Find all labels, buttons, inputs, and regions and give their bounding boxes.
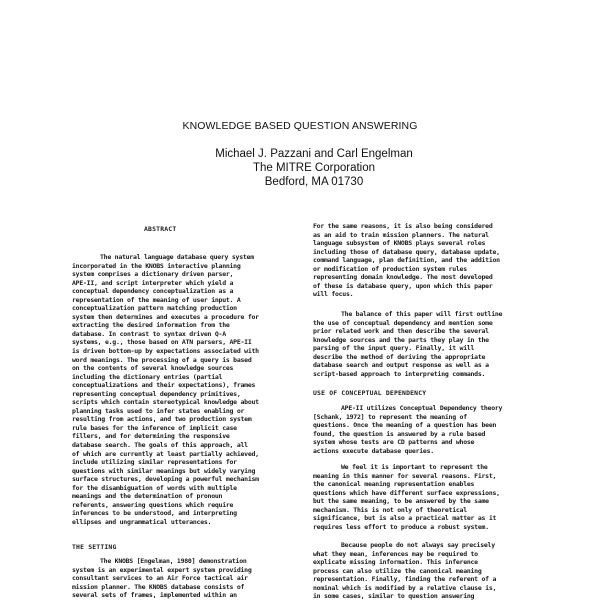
text-line: in some cases, similar to question answe…: [313, 592, 555, 600]
text-line: database search and output response as w…: [313, 361, 555, 370]
text-line: consultant services to an Air Force tact…: [72, 574, 314, 583]
text-line: the use of conceptual dependency and men…: [313, 319, 555, 328]
paper-title: KNOWLEDGE BASED QUESTION ANSWERING: [0, 120, 600, 132]
text-line: database search. The goals of this appro…: [72, 441, 314, 450]
text-line: representation of the meaning of user in…: [72, 296, 314, 305]
text-line: ellipses and ungrammatical utterances.: [72, 518, 314, 527]
text-line: We feel it is important to represent the: [313, 463, 555, 472]
text-line: system is an experimental expert system …: [72, 566, 314, 575]
text-line: For the same reasons, it is also being c…: [313, 222, 555, 231]
text-line: referents, answering questions which req…: [72, 501, 314, 510]
text-line: rule bases for the inference of implicit…: [72, 424, 314, 433]
text-line: database. In contrast to syntax driven Q…: [72, 330, 314, 339]
text-line: meanings and the determination of pronou…: [72, 492, 314, 501]
text-line: as an aid to train mission planners. The…: [313, 231, 555, 240]
text-line: questions which have different surface e…: [313, 489, 555, 498]
text-line: system whose tests are CD patterns and w…: [313, 438, 555, 447]
text-line: system comprises a dictionary driven par…: [72, 270, 314, 279]
text-line: APE-II, and script interpreter which yie…: [72, 279, 314, 288]
text-line: conceptual dependency conceptualization …: [72, 287, 314, 296]
text-line: conceptualizations and their expectation…: [72, 381, 314, 390]
text-line: resulting from actions, and two producti…: [72, 415, 314, 424]
text-line: for the disambiguation of words with mul…: [72, 484, 314, 493]
text-line: knowledge sources and the parts they pla…: [313, 336, 555, 345]
text-line: representing conceptual dependency primi…: [72, 390, 314, 399]
text-line: extracting the desired information from …: [72, 321, 314, 330]
text-line: parsing of the input query. Finally, it …: [313, 344, 555, 353]
text-line: several sets of frames, implemented with…: [72, 591, 314, 600]
paper-authors: Michael J. Pazzani and Carl Engelman: [14, 148, 600, 160]
because-paragraph: Because people do not always say precise…: [313, 541, 555, 600]
text-line: surface structures, developing a powerfu…: [72, 475, 314, 484]
text-line: on the contents of several knowledge sou…: [72, 364, 314, 373]
text-line: fillers, and for determining the respons…: [72, 432, 314, 441]
text-line: or modification of production system rul…: [313, 265, 555, 274]
paper-affiliation: The MITRE Corporation: [14, 162, 600, 174]
text-line: including the dictionary entries (partia…: [72, 373, 314, 382]
text-line: script-based approach to interpreting co…: [313, 370, 555, 379]
text-line: meaning in this manner for several reaso…: [313, 472, 555, 481]
balance-paragraph: The balance of this paper will first out…: [313, 310, 555, 378]
text-line: but the same meaning, to be answered by …: [313, 497, 555, 506]
text-line: what they mean, inferences may be requir…: [313, 550, 555, 559]
text-line: The KNOBS [Engelman, 1980] demonstration: [72, 557, 314, 566]
text-line: explicate missing information. This infe…: [313, 558, 555, 567]
text-line: significance, but is also a practical ma…: [313, 514, 555, 523]
text-line: inferences to be understood, and interpr…: [72, 509, 314, 518]
setting-paragraph: The KNOBS [Engelman, 1980] demonstration…: [72, 557, 314, 600]
text-line: word meanings. The processing of a query…: [72, 356, 314, 365]
text-line: command language, plan definition, and t…: [313, 256, 555, 265]
text-line: will focus.: [313, 290, 555, 299]
text-line: describe the method of deriving the appr…: [313, 353, 555, 362]
text-line: requires less effort to produce a robust…: [313, 523, 555, 532]
text-line: systems, e.g., those based on ATN parser…: [72, 338, 314, 347]
text-line: representation. Finally, finding the ref…: [313, 575, 555, 584]
text-line: mechanism. This is not only of theoretic…: [313, 506, 555, 515]
text-line: actions execute database queries.: [313, 447, 555, 456]
text-line: scripts which contain stereotypical know…: [72, 398, 314, 407]
text-line: conceptualization pattern matching produ…: [72, 304, 314, 313]
text-line: language subsystem of KNOBS plays severa…: [313, 239, 555, 248]
setting-heading: THE SETTING: [72, 543, 117, 551]
paper-address: Bedford, MA 01730: [14, 176, 600, 188]
text-line: questions with similar meanings but wide…: [72, 467, 314, 476]
text-line: planning tasks used to infer states enab…: [72, 407, 314, 416]
intro-paragraph: For the same reasons, it is also being c…: [313, 222, 555, 299]
text-line: is driven bottom-up by expectations asso…: [72, 347, 314, 356]
text-line: system then determines and executes a pr…: [72, 313, 314, 322]
text-line: questions. Once the meaning of a questio…: [313, 421, 555, 430]
abstract-heading: ABSTRACT: [144, 225, 176, 233]
abstract-paragraph: The natural language database query syst…: [72, 253, 314, 527]
text-line: nominal which is modified by a relative …: [313, 584, 555, 593]
text-line: including those of database query, datab…: [313, 248, 555, 257]
text-line: mission planner. The KNOBS database cons…: [72, 583, 314, 592]
text-line: of which are currently at least partiall…: [72, 450, 314, 459]
text-line: APE-II utilizes Conceptual Dependency th…: [313, 404, 555, 413]
text-line: prior related work and then describe the…: [313, 327, 555, 336]
text-line: The natural language database query syst…: [72, 253, 314, 262]
text-line: [Schank, 1972] to represent the meaning …: [313, 413, 555, 422]
text-line: found, the question is answered by a rul…: [313, 430, 555, 439]
text-line: of these is database query, upon which t…: [313, 282, 555, 291]
text-line: representing domain knowledge. The most …: [313, 273, 555, 282]
text-line: the canonical meaning representation ena…: [313, 480, 555, 489]
text-line: process can also utilize the canonical m…: [313, 567, 555, 576]
feel-paragraph: We feel it is important to represent the…: [313, 463, 555, 531]
cd-paragraph: APE-II utilizes Conceptual Dependency th…: [313, 404, 555, 455]
text-line: The balance of this paper will first out…: [313, 310, 555, 319]
cd-heading: USE OF CONCEPTUAL DEPENDENCY: [313, 389, 426, 397]
text-line: incorporated in the KNOBS interactive pl…: [72, 262, 314, 271]
text-line: include utilizing similar representation…: [72, 458, 314, 467]
text-line: Because people do not always say precise…: [313, 541, 555, 550]
